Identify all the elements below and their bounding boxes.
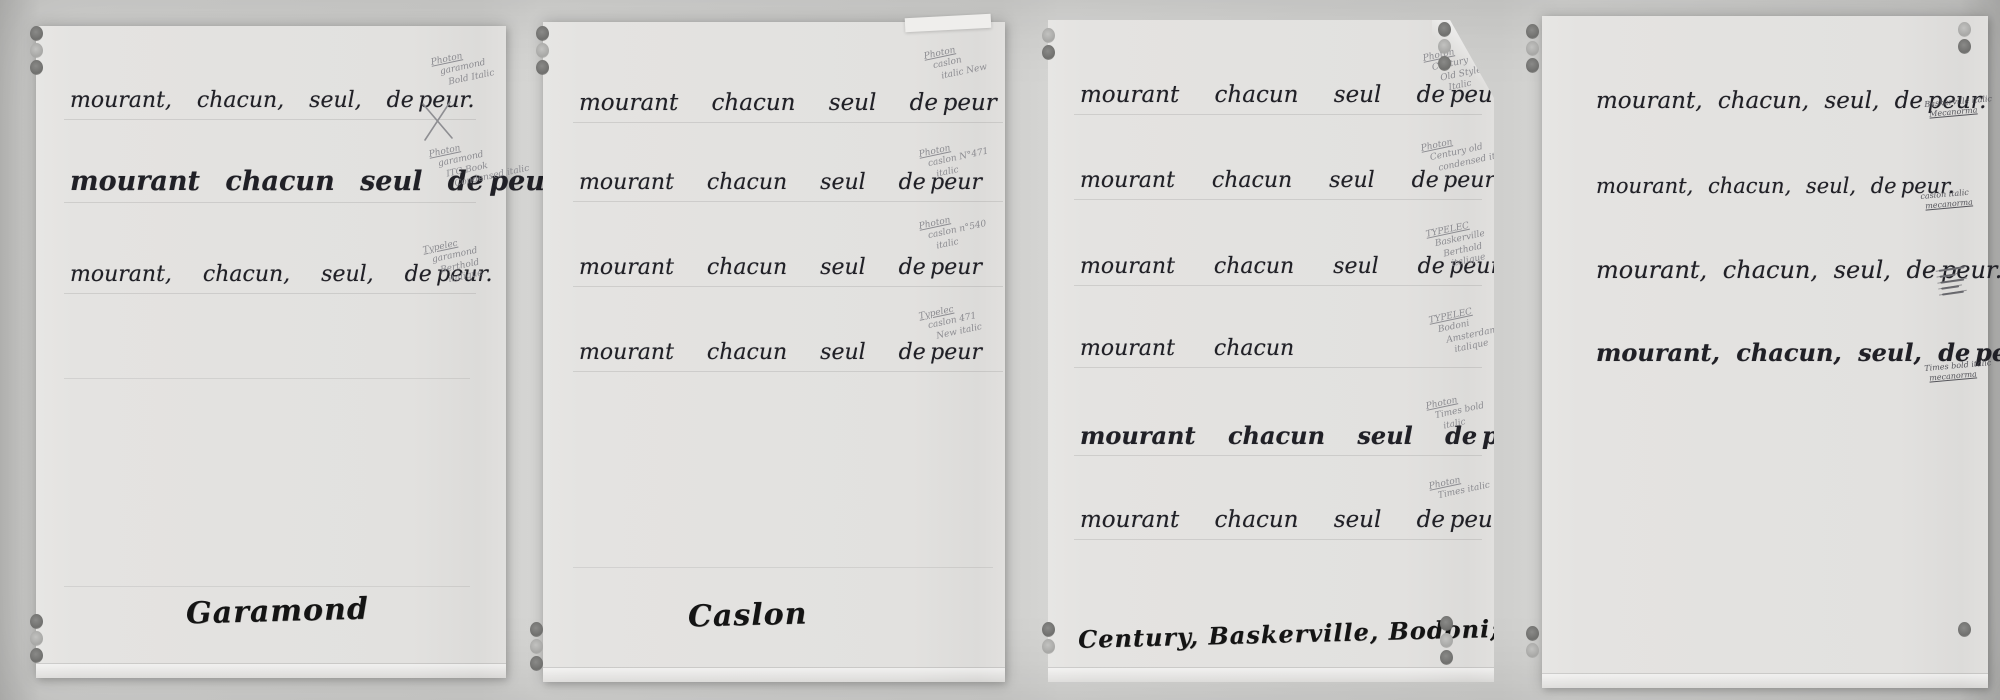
margin-annotation: Photon caslon n°540 italic <box>918 208 990 255</box>
sheet-label-handwritten: Garamond <box>186 592 370 632</box>
sheet-label-handwritten: Caslon <box>688 596 808 634</box>
sheet-caslon: mourant chacun seul de peur Photon caslo… <box>543 22 1005 682</box>
margin-annotation: Photon Times italic <box>1428 470 1491 504</box>
registration-dots <box>1526 22 1540 75</box>
registration-dots <box>1042 26 1056 62</box>
sheet-century-baskerville-bodoni-times: mourant chacun seul de peur Photon Centu… <box>1048 20 1494 682</box>
margin-annotation: Photon garamond Bold Italic <box>430 46 496 91</box>
crossed-out-annotation <box>1938 262 1968 295</box>
specimen-line: mourant, chacun, seul, de peur. <box>1590 258 1952 289</box>
sheet-garamond: mourant, chacun, seul, de peur. Photon g… <box>36 26 506 678</box>
registration-dots <box>1042 620 1056 656</box>
margin-annotation: caslon italic mecanorma <box>1920 187 1973 212</box>
margin-annotation: Typelec caslon 471 New italic <box>918 300 983 345</box>
sheet-mecanorma: mourant, chacun, seul, de peur. Baskervi… <box>1542 16 1988 688</box>
specimen-line: mourant chacun seul de peur <box>1074 256 1482 286</box>
registration-dots <box>536 24 550 77</box>
guide-line <box>64 586 470 587</box>
specimen-line: mourant chacun seul de peur <box>1074 170 1482 200</box>
specimen-line: mourant, chacun, seul, de peur. <box>1590 90 1952 120</box>
registration-dots <box>30 24 44 77</box>
specimen-line: mourant, chacun, seul, de peur. <box>64 90 476 120</box>
guide-line <box>573 567 993 568</box>
paper-crease <box>1542 673 1988 688</box>
lifted-corner <box>905 14 992 32</box>
paper-crease <box>36 663 506 678</box>
specimen-line: mourant chacun <box>1074 338 1482 368</box>
specimen-line: mourant, chacun, seul, de peur. <box>1590 176 1952 204</box>
guide-line <box>64 378 470 379</box>
registration-dots <box>30 612 44 665</box>
specimen-photo: mourant, chacun, seul, de peur. Photon g… <box>0 0 2000 700</box>
specimen-line: mourant chacun seul de peur <box>573 92 1003 123</box>
registration-dots <box>1958 20 1972 56</box>
specimen-line: mourant chacun seul de peur <box>1074 424 1482 456</box>
specimen-line: mourant chacun seul de peur <box>1074 509 1482 540</box>
registration-dots <box>1440 614 1454 667</box>
registration-dots <box>1526 624 1540 660</box>
paper-crease <box>1048 667 1494 682</box>
registration-dots <box>1438 20 1452 73</box>
specimen-line: mourant chacun seul de peur <box>1074 84 1482 115</box>
registration-dots <box>1958 620 1972 639</box>
x-mark-icon <box>418 98 458 142</box>
specimen-line: mourant, chacun, seul, de peur. <box>1590 341 1952 372</box>
specimen-line: mourant chacun seul de peur , <box>64 168 476 203</box>
specimen-line: mourant, chacun, seul, de peur. <box>64 264 476 294</box>
registration-dots <box>530 620 544 673</box>
specimen-line: mourant chacun seul de peur <box>573 342 1003 372</box>
margin-annotation: Times bold italic mecanorma <box>1924 358 1993 385</box>
margin-annotation: Baskerville italic Mecanorma <box>1924 94 1993 121</box>
margin-annotation: TYPELEC Bodoni Amsterdam italique <box>1428 302 1501 360</box>
specimen-line: mourant chacun seul de peur <box>573 257 1003 287</box>
paper-crease <box>543 667 1005 682</box>
margin-annotation: Photon caslon italic New <box>923 40 988 85</box>
